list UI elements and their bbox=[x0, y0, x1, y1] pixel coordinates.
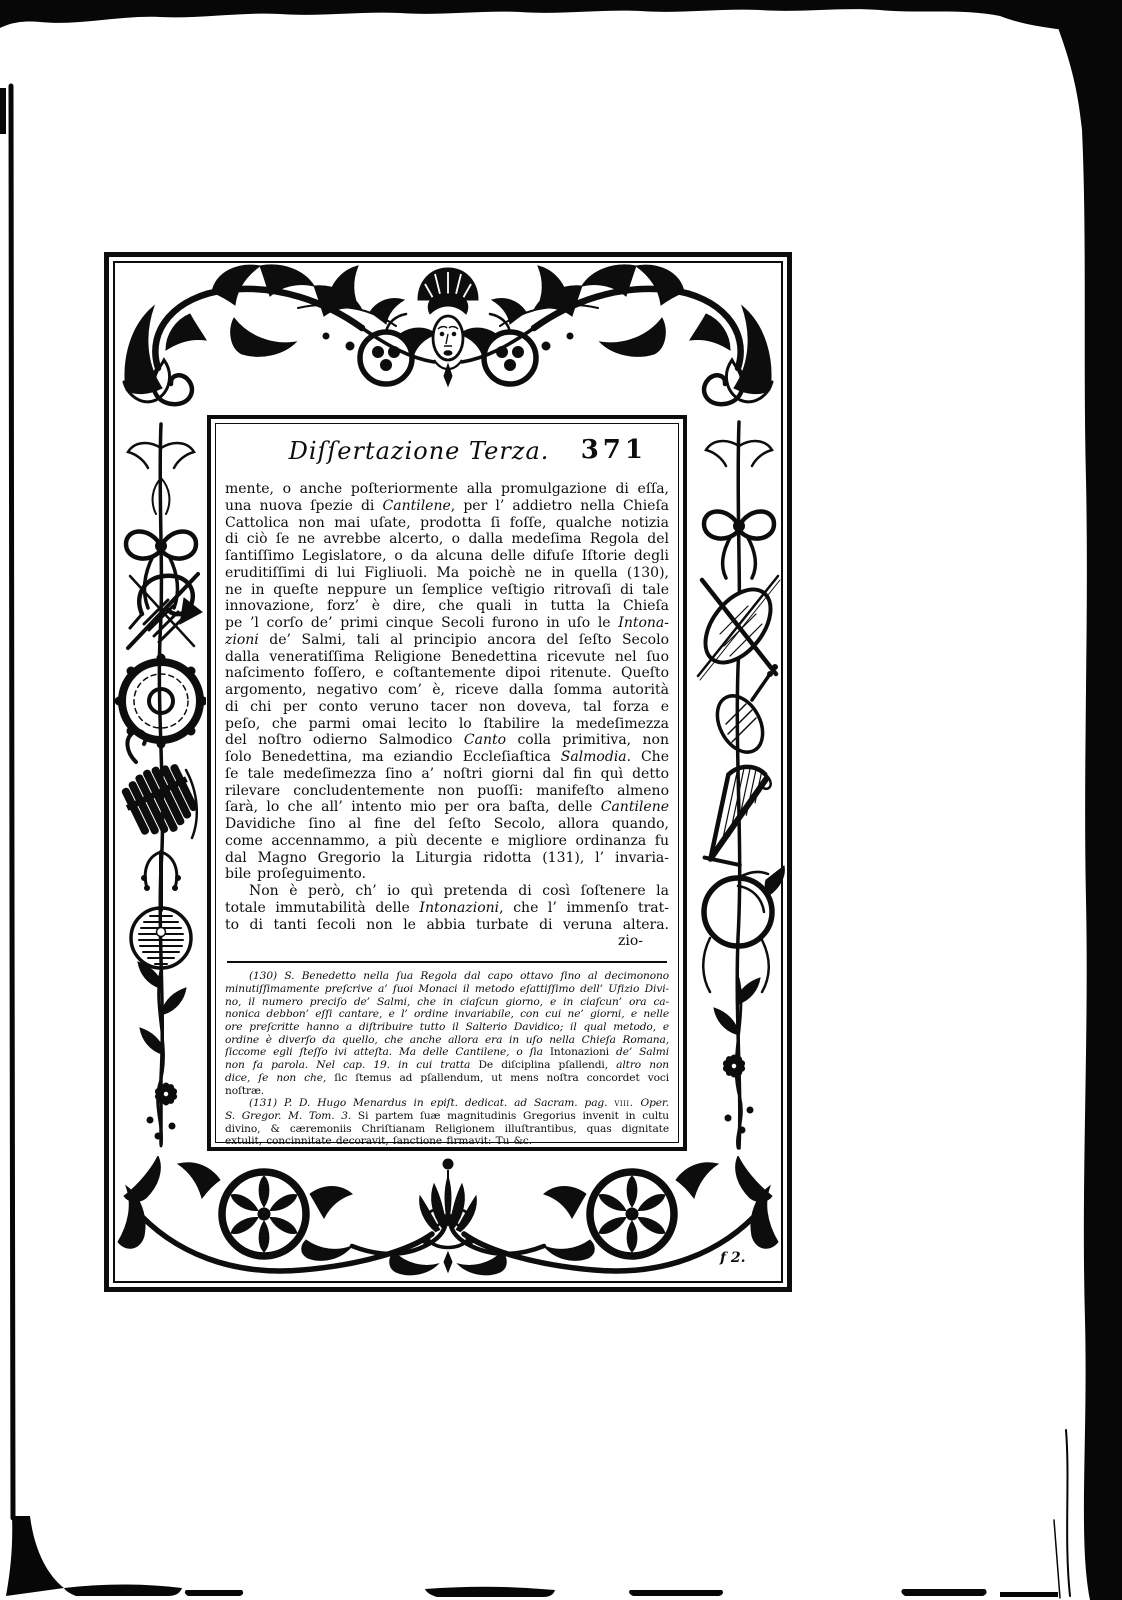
text-segment: Salmodia bbox=[561, 749, 627, 765]
text-line: non fa parola. Nel cap. 19. in cui tratt… bbox=[225, 1059, 669, 1072]
text-line: ne in queſte neppure un ſemplice veſtigi… bbox=[225, 582, 669, 599]
text-line: una nuova ſpezie di Cantilene, per l’ ad… bbox=[225, 498, 669, 515]
text-segment: , per l’ addietro nella Chieſa bbox=[451, 498, 669, 514]
text-segment: Canto bbox=[464, 732, 506, 748]
text-segment: peſo, che parmi omai lecito lo ſtabilire… bbox=[225, 716, 669, 732]
text-line: naſcimento foſſero, e coſtantemente dipo… bbox=[225, 665, 669, 682]
text-line: zioni de’ Salmi, tali al principio ancor… bbox=[225, 632, 669, 649]
signature-mark: f 2. bbox=[720, 1250, 746, 1266]
text-segment: argomento, negativo com’ è, riceve dalla… bbox=[225, 682, 669, 698]
text-line: ſarà, lo che all’ intento mio per ora ba… bbox=[225, 799, 669, 816]
text-line: di ciò ſe ne avrebbe alcerto, o dalla me… bbox=[225, 531, 669, 548]
text-segment: naſcimento foſſero, e coſtantemente dipo… bbox=[225, 665, 669, 681]
footnote-rule bbox=[227, 961, 667, 963]
text-line: Cattolica non mai uſate, prodotta ſi foſ… bbox=[225, 515, 669, 532]
text-segment: di ciò ſe ne avrebbe alcerto, o dalla me… bbox=[225, 531, 669, 547]
text-line: bile proſeguimento. bbox=[225, 866, 669, 883]
text-segment: Cantilene bbox=[383, 498, 451, 514]
musical-instrument-trophy-right bbox=[690, 418, 786, 1150]
text-segment: , che l’ immenſo trat- bbox=[499, 900, 669, 916]
text-line: rilevare concludentemente non puoſſi: ma… bbox=[225, 783, 669, 800]
text-segment: De diſciplina pſallendi bbox=[478, 1059, 604, 1071]
text-segment: extulit, concinnitate decoravit, ſanctio… bbox=[225, 1135, 532, 1147]
text-segment: , altro non bbox=[605, 1059, 669, 1071]
text-line: minutiſſimamente preſcrive a’ ſuoi Monac… bbox=[225, 983, 669, 996]
text-segment: de’ Salmi bbox=[609, 1046, 669, 1058]
running-title: Diſſertazione Terza. bbox=[197, 437, 641, 465]
text-line: di chi per conto veruno tacer non doveva… bbox=[225, 699, 669, 716]
text-segment: Cattolica non mai uſate, prodotta ſi foſ… bbox=[225, 515, 669, 531]
text-segment: Davidiche ſino al fine del ſeſto Secolo,… bbox=[225, 816, 669, 832]
baroque-mask-headpiece-engraving bbox=[116, 264, 780, 412]
text-line: argomento, negativo com’ è, riceve dalla… bbox=[225, 682, 669, 699]
body-text: mente, o anche poſteriormente alla promu… bbox=[225, 481, 669, 933]
text-line: pe ’l corſo de’ primi cinque Secoli furo… bbox=[225, 615, 669, 632]
text-segment: ordine è diverſo da quello, che anche al… bbox=[225, 1034, 669, 1046]
text-border-frame: Diſſertazione Terza. 371 mente, o anche … bbox=[207, 415, 687, 1151]
text-segment: di chi per conto veruno tacer non doveva… bbox=[225, 699, 669, 715]
text-line: (131) P. D. Hugo Menardus in epiſt. dedi… bbox=[225, 1097, 669, 1110]
text-segment: ſarà, lo che all’ intento mio per ora ba… bbox=[225, 799, 601, 815]
text-line: eruditiſſimi di lui Figliuoli. Ma poichè… bbox=[225, 565, 669, 582]
text-segment: (130) S. Benedetto nella ſua Regola dal … bbox=[249, 970, 669, 982]
text-line: divino, & cæremoniis Chriſtianam Religio… bbox=[225, 1123, 669, 1136]
text-line: nonica debbon’ eſſi cantare, e l’ ordine… bbox=[225, 1008, 669, 1021]
text-segment: dalla veneratiſſima Religione Benedettin… bbox=[225, 649, 669, 665]
text-segment: pe ’l corſo de’ primi cinque Secoli furo… bbox=[225, 615, 618, 631]
text-segment: ore preſcritte hanno a diſtribuire tutto… bbox=[225, 1021, 669, 1033]
text-segment: . Che bbox=[627, 749, 669, 765]
text-segment: dal Magno Gregorio la Liturgia ridotta (… bbox=[225, 850, 669, 866]
text-line: mente, o anche poſteriormente alla promu… bbox=[225, 481, 669, 498]
text-line: noſtræ. bbox=[225, 1085, 669, 1098]
text-line: extulit, concinnitate decoravit, ſanctio… bbox=[225, 1135, 669, 1148]
text-line: come accennammo, a più decente e miglior… bbox=[225, 833, 669, 850]
text-segment: mente, o anche poſteriormente alla promu… bbox=[225, 481, 669, 497]
text-line: no, il numero preciſo de’ Salmi, che in … bbox=[225, 996, 669, 1009]
text-segment: divino, & cæremoniis Chriſtianam Religio… bbox=[225, 1123, 669, 1135]
text-segment: nonica debbon’ eſſi cantare, e l’ ordine… bbox=[225, 1008, 669, 1020]
text-segment: totale immutabilità delle bbox=[225, 900, 419, 916]
text-line: ſantiſſimo Legislatore, o da alcuna dell… bbox=[225, 548, 669, 565]
text-segment: colla primitiva, non bbox=[506, 732, 669, 748]
text-segment: S. Gregor. M. Tom. 3. bbox=[225, 1110, 358, 1122]
text-line: ſe tale medeſimezza ſino a’ noſtri giorn… bbox=[225, 766, 669, 783]
catchword: zio- bbox=[225, 933, 669, 950]
footnotes: (130) S. Benedetto nella ſua Regola dal … bbox=[225, 970, 669, 1148]
text-line: peſo, che parmi omai lecito lo ſtabilire… bbox=[225, 716, 669, 733]
text-segment: Cantilene bbox=[601, 799, 669, 815]
text-segment: Intonazioni bbox=[550, 1046, 609, 1058]
text-segment: noſtræ. bbox=[225, 1085, 264, 1097]
text-line: del noſtro odierno Salmodico Canto colla… bbox=[225, 732, 669, 749]
page-header: Diſſertazione Terza. 371 bbox=[225, 425, 669, 481]
text-segment: no, il numero preciſo de’ Salmi, che in … bbox=[225, 996, 669, 1008]
text-block: Diſſertazione Terza. 371 mente, o anche … bbox=[225, 425, 669, 1141]
text-line: dalla veneratiſſima Religione Benedettin… bbox=[225, 649, 669, 666]
text-line: (130) S. Benedetto nella ſua Regola dal … bbox=[225, 970, 669, 983]
text-line: ordine è diverſo da quello, che anche al… bbox=[225, 1034, 669, 1047]
text-segment: zioni bbox=[225, 632, 259, 648]
text-segment: Si partem ſuæ magnitudinis Gregorius inv… bbox=[358, 1110, 669, 1122]
text-segment: eruditiſſimi di lui Figliuoli. Ma poichè… bbox=[225, 565, 669, 581]
text-segment: minutiſſimamente preſcrive a’ ſuoi Monac… bbox=[225, 983, 669, 995]
text-segment: ſe tale medeſimezza ſino a’ noſtri giorn… bbox=[225, 766, 669, 782]
text-segment: Non è però, ch’ io quì pretenda di così … bbox=[249, 883, 669, 899]
text-line: ore preſcritte hanno a diſtribuire tutto… bbox=[225, 1021, 669, 1034]
text-segment: ſolo Benedettina, ma eziandio Eccleſiaſt… bbox=[225, 749, 561, 765]
text-segment: come accennammo, a più decente e miglior… bbox=[225, 833, 669, 849]
text-segment: dice, ſe non che, bbox=[225, 1072, 334, 1084]
text-segment: innovazione, forz’ è dire, che quali in … bbox=[225, 598, 669, 614]
text-segment: bile proſeguimento. bbox=[225, 866, 366, 882]
text-segment: ſantiſſimo Legislatore, o da alcuna dell… bbox=[225, 548, 669, 564]
text-line: S. Gregor. M. Tom. 3. Si partem ſuæ magn… bbox=[225, 1110, 669, 1123]
text-segment: non fa parola. Nel cap. 19. in cui tratt… bbox=[225, 1059, 478, 1071]
text-segment: ſic ſtemus ad pſallendum, ut mens noſtra… bbox=[334, 1072, 669, 1084]
text-line: ſiccome egli ſteſſo ivi atteſta. Ma dell… bbox=[225, 1046, 669, 1059]
text-line: Non è però, ch’ io quì pretenda di così … bbox=[225, 883, 669, 900]
page-number: 371 bbox=[581, 435, 647, 465]
text-segment: del noſtro odierno Salmodico bbox=[225, 732, 464, 748]
text-segment: (131) P. D. Hugo Menardus in epiſt. dedi… bbox=[249, 1097, 614, 1109]
text-line: ſolo Benedettina, ma eziandio Eccleſiaſt… bbox=[225, 749, 669, 766]
text-segment: Oper. bbox=[634, 1097, 669, 1109]
text-line: dal Magno Gregorio la Liturgia ridotta (… bbox=[225, 850, 669, 867]
text-segment: viii. bbox=[614, 1097, 633, 1109]
text-segment: Intona- bbox=[618, 615, 669, 631]
text-line: to di tanti ſecoli non le abbia turbate … bbox=[225, 917, 669, 934]
text-line: totale immutabilità delle Intonazioni, c… bbox=[225, 900, 669, 917]
text-segment: ſiccome egli ſteſſo ivi atteſta. Ma dell… bbox=[225, 1046, 550, 1058]
text-line: innovazione, forz’ è dire, che quali in … bbox=[225, 598, 669, 615]
text-segment: to di tanti ſecoli non le abbia turbate … bbox=[225, 917, 669, 933]
scanned-book-page: Diſſertazione Terza. 371 mente, o anche … bbox=[0, 0, 1122, 1600]
text-segment: ne in queſte neppure un ſemplice veſtigi… bbox=[225, 582, 669, 598]
text-line: Davidiche ſino al fine del ſeſto Secolo,… bbox=[225, 816, 669, 833]
musical-instrument-trophy-left bbox=[114, 418, 206, 1150]
text-segment: una nuova ſpezie di bbox=[225, 498, 383, 514]
text-segment: de’ Salmi, tali al principio ancora del … bbox=[259, 632, 669, 648]
floral-garland-footpiece-engraving bbox=[116, 1156, 780, 1286]
text-line: dice, ſe non che, ſic ſtemus ad pſallend… bbox=[225, 1072, 669, 1085]
text-segment: rilevare concludentemente non puoſſi: ma… bbox=[225, 783, 669, 799]
text-segment: Intonazioni bbox=[419, 900, 499, 916]
